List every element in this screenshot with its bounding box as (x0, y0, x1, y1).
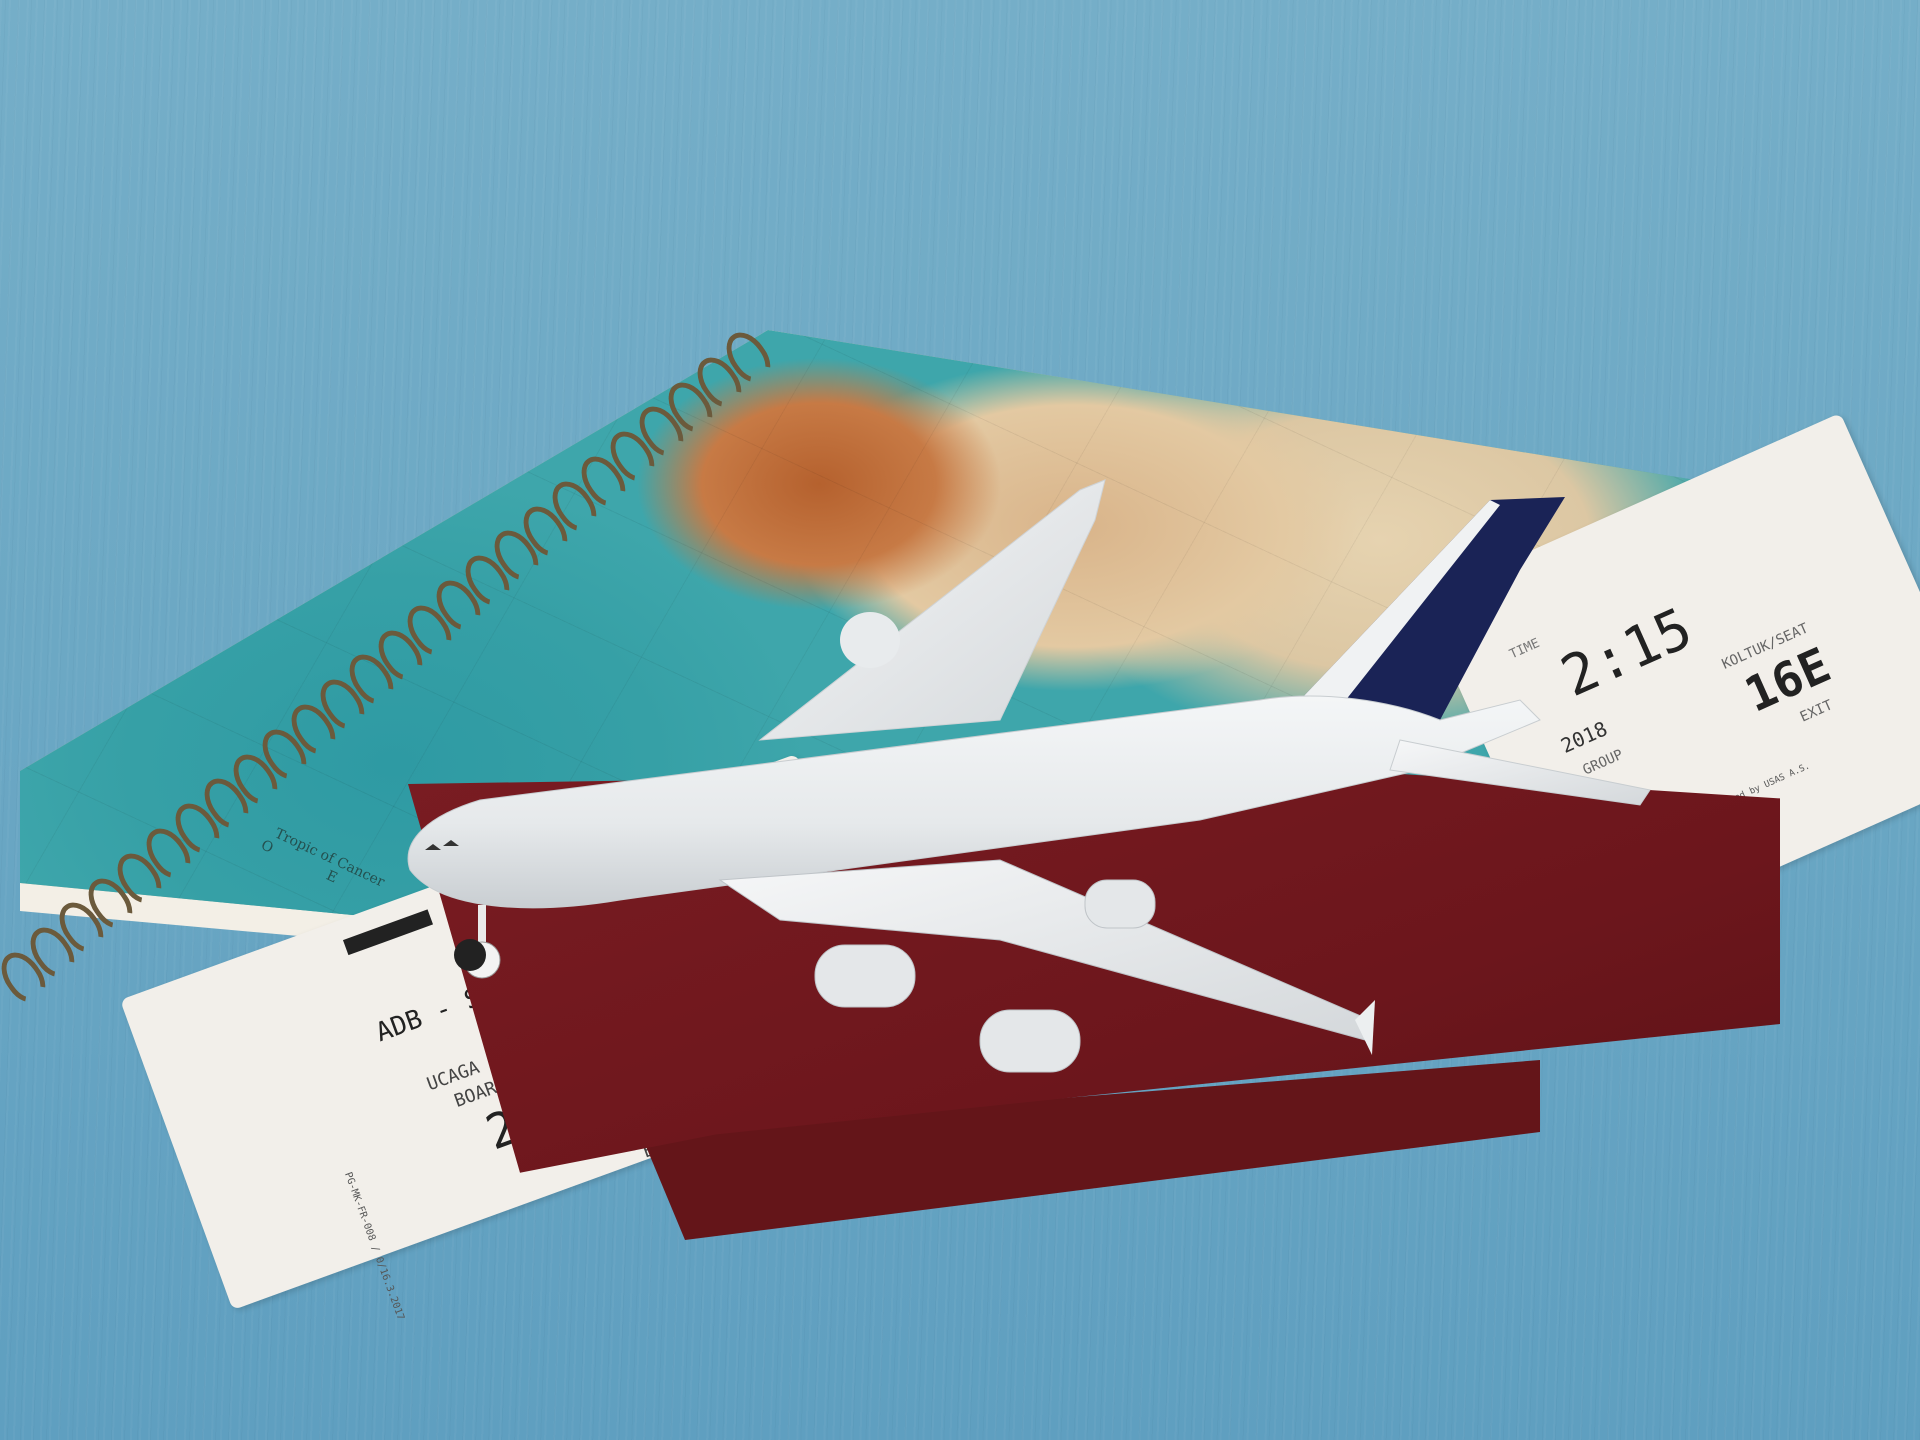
pass-time-label: TIME (1507, 636, 1542, 662)
passport (380, 760, 1780, 1240)
pass-time: 2:15 (1552, 596, 1702, 710)
photo-scene: Tropic of Cancer O E A N EN TIME 2:15 20… (0, 0, 1920, 1440)
pass-year: 2018 (1557, 716, 1611, 758)
pass-partial-label: EN (1464, 617, 1489, 642)
